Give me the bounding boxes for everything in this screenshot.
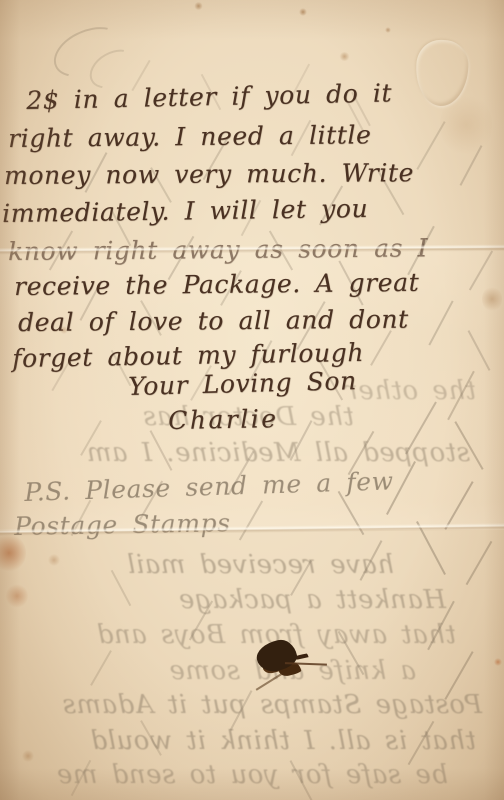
bleedthrough-line: Hankett a package (0, 587, 504, 613)
hatch-stroke (444, 481, 473, 530)
letter-line: right away. I need a little (8, 122, 372, 151)
letter-line: money now very much. Write (4, 160, 414, 188)
fox-spot (194, 2, 203, 10)
bleedthrough-line: Postage Stamps put it Adams (0, 692, 504, 718)
hatch-stroke (239, 501, 263, 541)
embossed-seal (414, 39, 469, 108)
fox-spot (482, 286, 502, 312)
signature: Charlie (168, 406, 279, 433)
hatch-stroke (428, 300, 453, 345)
hatch-stroke (468, 330, 491, 371)
bleedthrough-line: a knife and some (0, 658, 504, 684)
ink-blot-body (254, 637, 299, 675)
bleedthrough-line: have received mail (0, 552, 504, 578)
ink-blot (252, 633, 311, 690)
letter-page: the other the Doctor has stopped all Med… (0, 0, 504, 800)
hatch-stroke (370, 330, 392, 366)
hatch-stroke (460, 145, 483, 186)
fox-spot (339, 52, 350, 61)
hatch-stroke (416, 121, 445, 170)
ink-blot-stroke (256, 673, 283, 691)
letter-line: 2$ in a letter if you do it (26, 80, 392, 113)
fox-spot (299, 8, 307, 16)
bleedthrough-line: stopped all Medicine. I am (0, 440, 504, 466)
hatch-stroke (469, 251, 493, 291)
bleedthrough-line: be safe for you to send me (0, 762, 504, 788)
postscript-line: P.S. Please send me a few (24, 468, 394, 505)
fox-spot (385, 27, 391, 33)
letter-line: deal of love to all and dont (18, 307, 409, 335)
bleedthrough-line: that is all. I think it would (0, 728, 504, 754)
postscript-line: Postage Stamps (14, 510, 231, 539)
hatch-stroke (338, 491, 365, 535)
letter-line: immediately. I will let you (2, 196, 368, 226)
letter-line: know right away as soon as I (8, 235, 428, 264)
closing-line: Your Loving Son (128, 368, 357, 399)
letter-line: receive the Package. A great (14, 270, 419, 299)
